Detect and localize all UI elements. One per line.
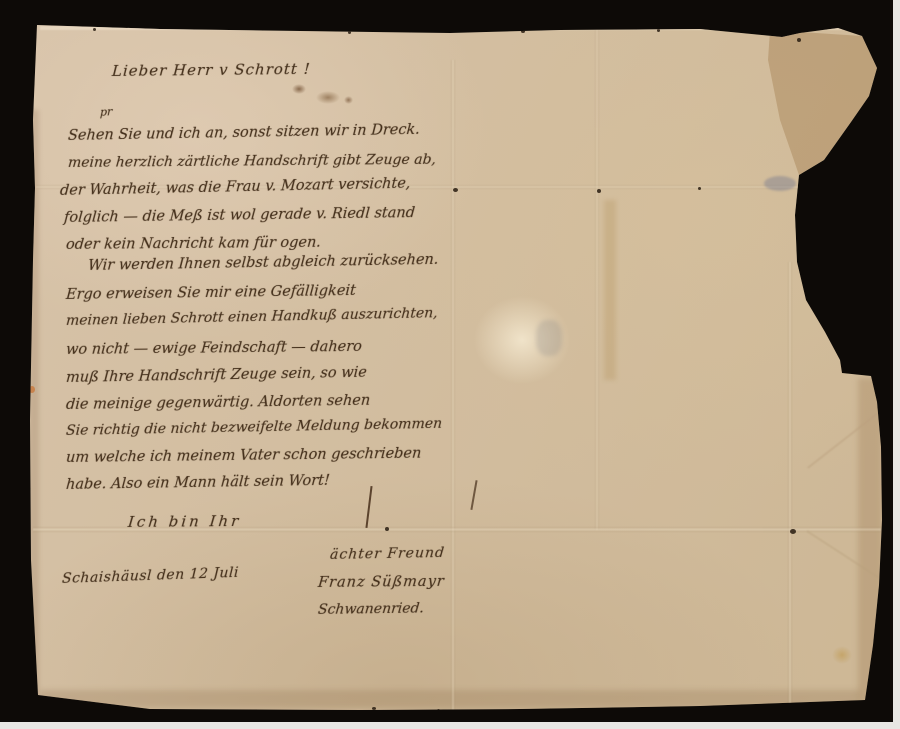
paragraph-mark: pr — [100, 105, 113, 119]
handwriting-line: um welche ich meinem Vater schon geschri… — [65, 446, 422, 466]
yellow-stain-bottom-right — [832, 646, 852, 664]
seal-gray-mark — [536, 320, 562, 356]
handwriting-line: der Wahrheit, was die Frau v. Mozart ver… — [59, 176, 411, 199]
speck-fold-cross-5 — [790, 529, 796, 534]
handwriting-line: die meinige gegenwärtig. Aldorten sehen — [65, 393, 370, 413]
handwriting-line: meine herzlich zärtliche Handschrift gib… — [67, 152, 436, 171]
ink-stain-blot-3 — [344, 96, 353, 104]
fold-line-vertical-right — [788, 262, 792, 707]
left-edge-shade — [29, 110, 39, 700]
handwriting-line: Sehen Sie und ich an, sonst sitzen wir i… — [67, 122, 420, 144]
salutation-line: Lieber Herr v Schrott ! — [111, 60, 311, 80]
speck-top-3 — [521, 30, 525, 33]
speck-fold-cross-2 — [597, 189, 601, 193]
speck-bottom-1 — [372, 707, 376, 710]
signature-line: Schwanenried. — [317, 601, 424, 619]
closing-line: Ich bin Ihr — [127, 512, 242, 531]
flap-shade — [0, 0, 893, 722]
top-edge-highlight — [40, 26, 860, 30]
ink-flourish-stroke-2 — [470, 480, 477, 510]
fold-line-vertical-upper-right — [595, 30, 599, 530]
handwriting-line: wo nicht — ewige Feindschaft — dahero — [65, 339, 362, 358]
handwriting-line: Wir werden Ihnen selbst abgleich zurücks… — [87, 252, 439, 274]
letter-paper: Lieber Herr v Schrott ! pr Sehen Sie und… — [0, 0, 893, 722]
dateline: Schaishäusl den 12 Juli — [62, 565, 240, 587]
ink-flourish-stroke-1 — [365, 486, 372, 528]
speck-fold-cross-3 — [698, 187, 701, 190]
ink-stain-blot-2 — [316, 91, 340, 104]
blue-gray-smudge — [764, 176, 796, 191]
bottom-edge-shade — [40, 690, 860, 708]
orange-fleck-left-edge — [29, 386, 35, 393]
photo-background: Lieber Herr v Schrott ! pr Sehen Sie und… — [0, 0, 893, 722]
ink-stain-blot-1 — [292, 84, 306, 94]
speck-top-4 — [657, 29, 660, 32]
speck-bottom-2 — [437, 709, 440, 712]
speck-fold-cross-1 — [453, 188, 458, 192]
handwriting-line: oder kein Nachricht kam für ogen. — [65, 235, 321, 253]
signature-line: Franz Süßmayr — [317, 574, 445, 591]
handwriting-line: Ergo erweisen Sie mir eine Gefälligkeit — [65, 283, 356, 303]
handwriting-line: meinen lieben Schrott einen Handkuß ausz… — [65, 305, 438, 329]
handwriting-line: muß Ihre Handschrift Zeuge sein, so wie — [65, 365, 367, 386]
speck-top-2 — [348, 31, 351, 34]
handwriting-line: habe. Also ein Mann hält sein Wort! — [65, 473, 330, 493]
speck-top-1 — [93, 28, 96, 31]
fold-line-vertical-center — [451, 60, 455, 710]
handwriting-line: Sie richtig die nicht bezweifelte Meldun… — [65, 416, 442, 439]
handwriting-line: folglich — die Meß ist wol gerade v. Rie… — [63, 205, 415, 226]
yellow-streak-fold — [604, 200, 616, 380]
speck-fold-cross-4 — [385, 527, 389, 531]
signature-line: ächter Freund — [329, 545, 445, 563]
speck-top-5 — [797, 38, 801, 42]
